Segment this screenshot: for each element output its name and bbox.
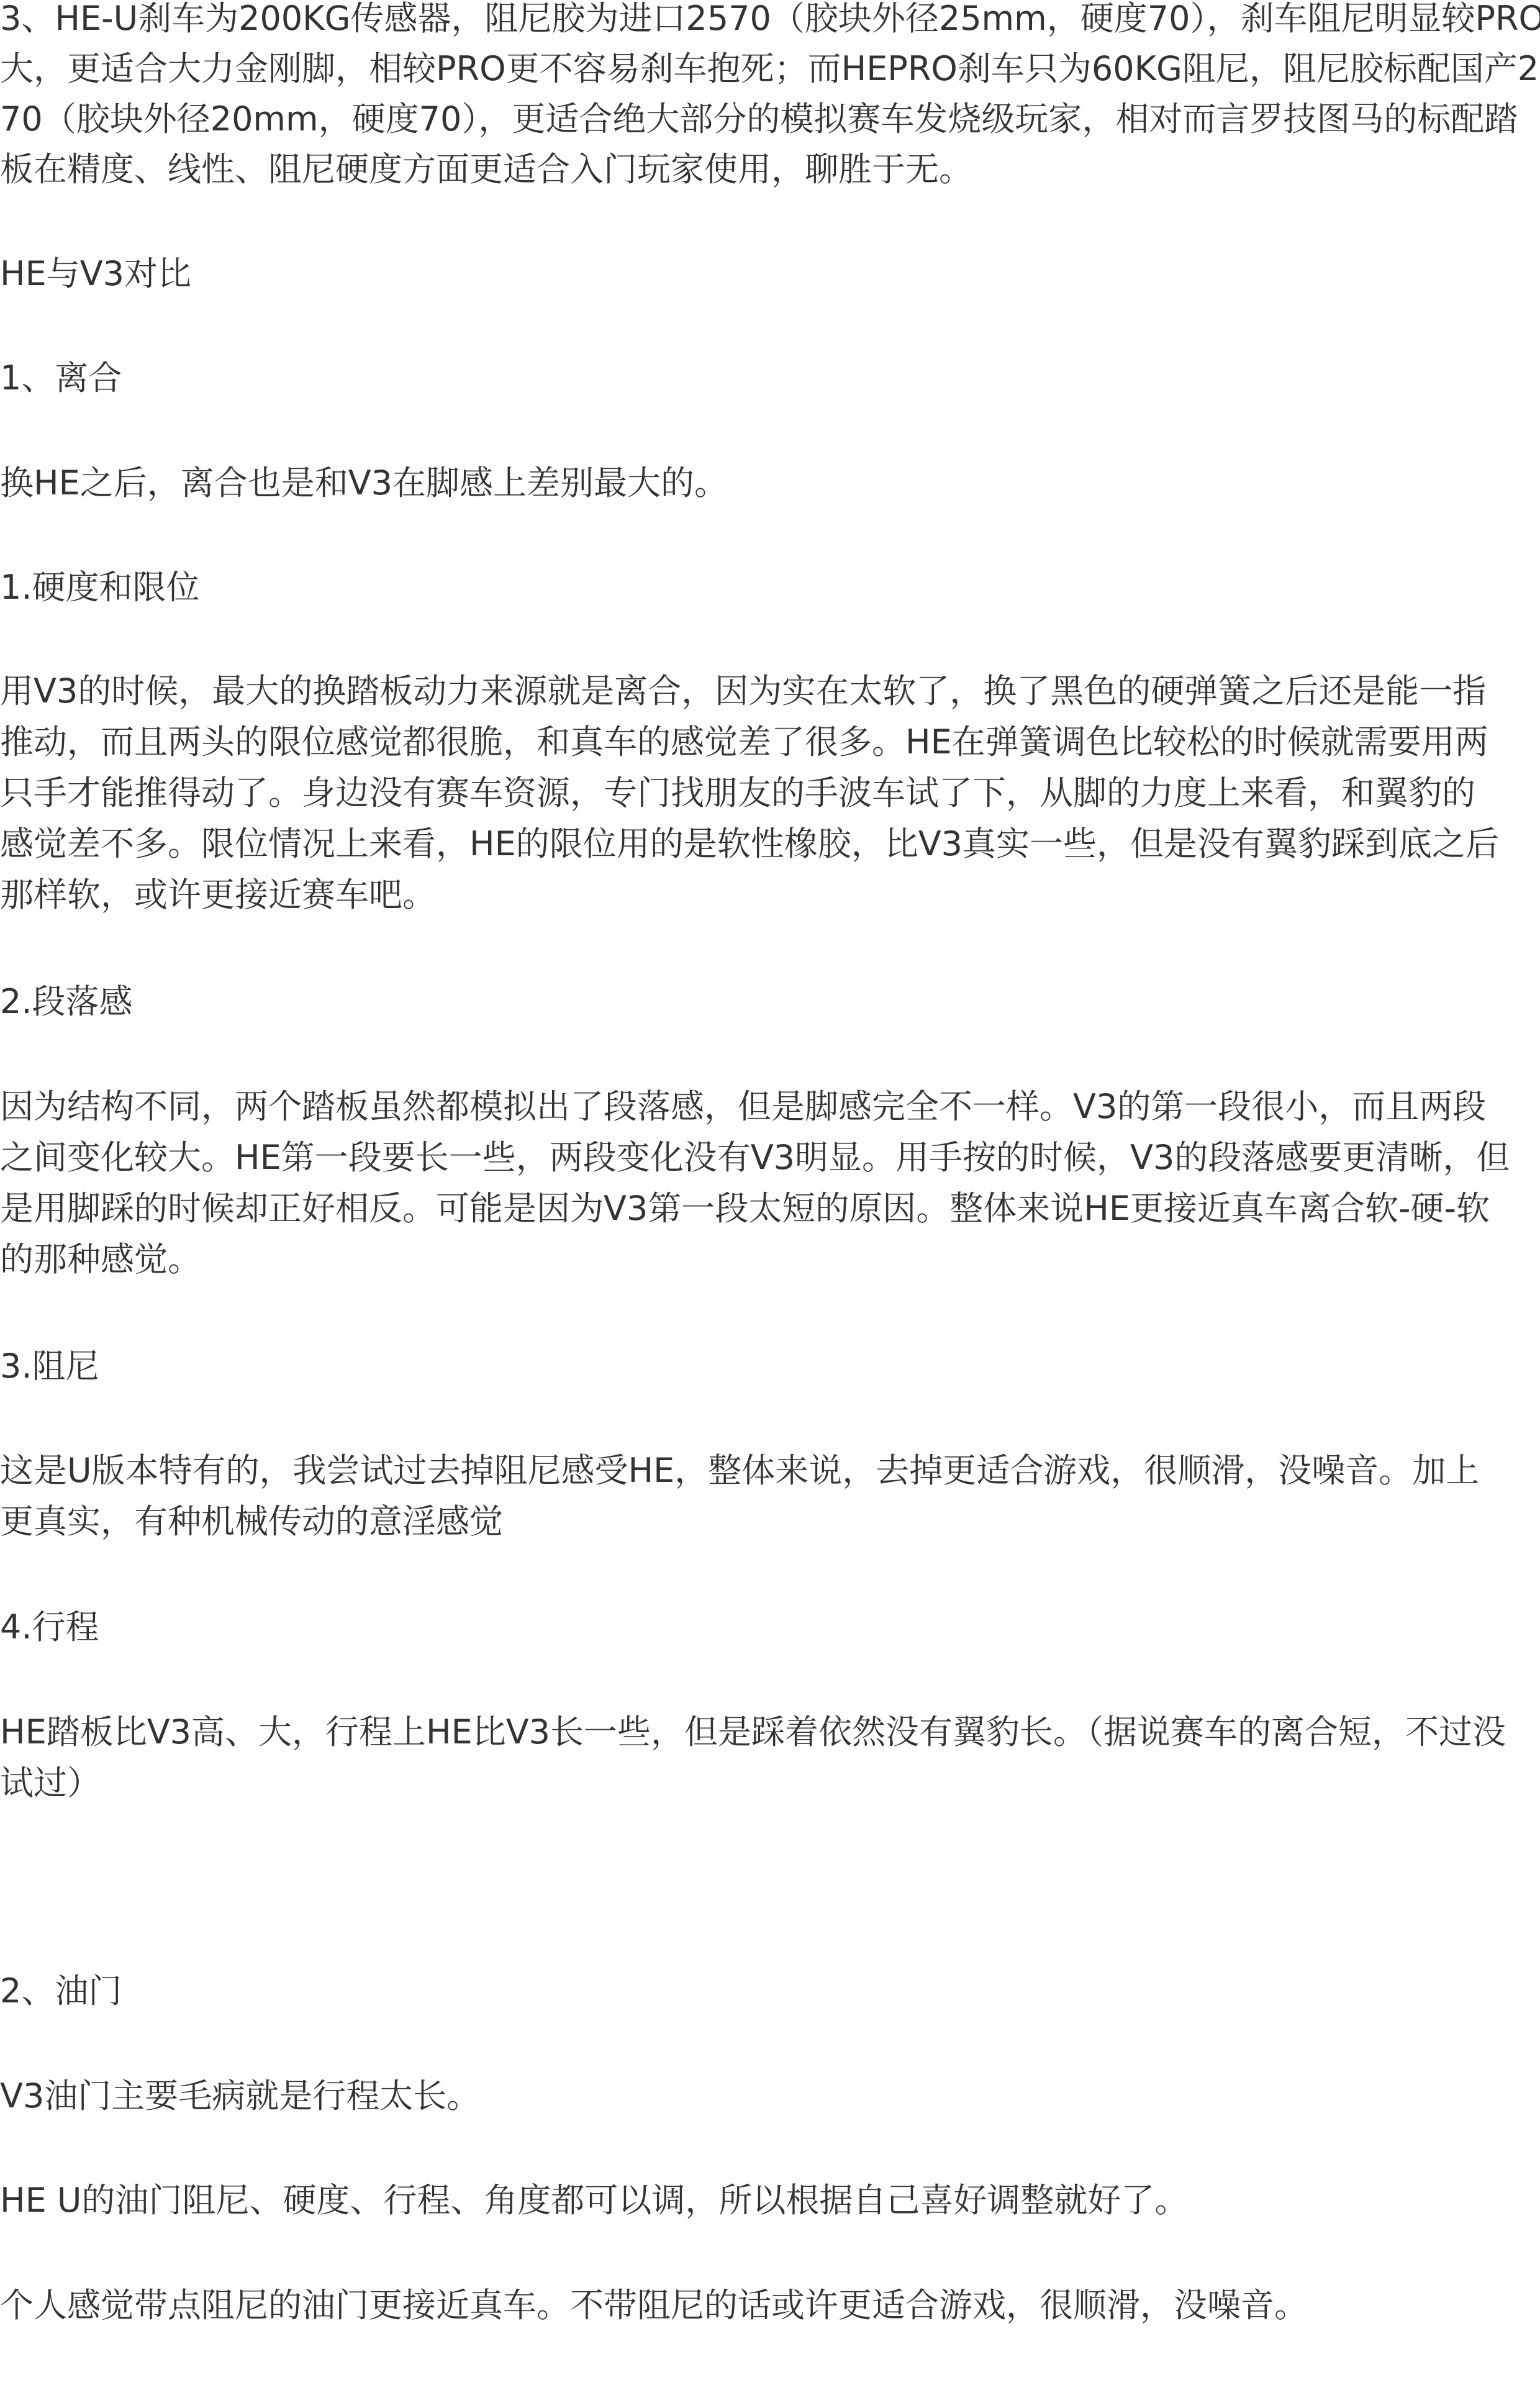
- hardness-line-3: 只手才能推得动了。身边没有赛车资源，专门找朋友的手波车试了下，从脚的力度上来看，…: [0, 768, 1540, 818]
- intro-line-3: 70（胶块外径20mm，硬度70），更适合绝大部分的模拟赛车发烧级玩家，相对而言…: [0, 94, 1540, 144]
- travel-line-1: HE踏板比V3高、大，行程上HE比V3长一些，但是踩着依然没有翼豹长。（据说赛车…: [0, 1707, 1540, 1757]
- travel-line-2: 试过）: [0, 1758, 1540, 1808]
- intro-line-1: 3、HE-U刹车为200KG传感器，阻尼胶为进口2570（胶块外径25mm，硬度…: [0, 0, 1540, 43]
- intro-line-4: 板在精度、线性、阻尼硬度方面更适合入门玩家使用，聊胜于无。: [0, 144, 1540, 194]
- clutch-heading: 1、离合: [0, 353, 1540, 403]
- intro-line-2: 大，更适合大力金刚脚，相较PRO更不容易刹车抱死；而HEPRO刹车只为60KG阻…: [0, 43, 1540, 94]
- damping-heading: 3.阻尼: [0, 1341, 1540, 1391]
- article-page: 3、HE-U刹车为200KG传感器，阻尼胶为进口2570（胶块外径25mm，硬度…: [0, 0, 1540, 2385]
- damping-line-1: 这是U版本特有的，我尝试过去掉阻尼感受HE，整体来说，去掉更适合游戏，很顺滑，没…: [0, 1445, 1540, 1496]
- hardness-line-5: 那样软，或许更接近赛车吧。: [0, 870, 1540, 920]
- stages-line-4: 的那种感觉。: [0, 1234, 1540, 1284]
- hardness-line-1: 用V3的时候，最大的换踏板动力来源就是离合，因为实在太软了，换了黑色的硬弹簧之后…: [0, 666, 1540, 716]
- hardness-heading: 1.硬度和限位: [0, 562, 1540, 612]
- throttle-heading: 2、油门: [0, 1966, 1540, 2016]
- hardness-line-4: 感觉差不多。限位情况上来看，HE的限位用的是软性橡胶，比V3真实一些，但是没有翼…: [0, 819, 1540, 869]
- stages-heading: 2.段落感: [0, 976, 1540, 1027]
- stages-line-2: 之间变化较大。HE第一段要长一些，两段变化没有V3明显。用手按的时候，V3的段落…: [0, 1132, 1540, 1183]
- throttle-paragraph-1: V3油门主要毛病就是行程太长。: [0, 2071, 1540, 2121]
- travel-heading: 4.行程: [0, 1602, 1540, 1652]
- stages-line-3: 是用脚踩的时候却正好相反。可能是因为V3第一段太短的原因。整体来说HE更接近真车…: [0, 1183, 1540, 1233]
- clutch-summary: 换HE之后，离合也是和V3在脚感上差别最大的。: [0, 458, 1540, 508]
- throttle-paragraph-2: HE U的油门阻尼、硬度、行程、角度都可以调，所以根据自己喜好调整就好了。: [0, 2175, 1540, 2225]
- damping-line-2: 更真实，有种机械传动的意淫感觉: [0, 1496, 1540, 1547]
- hardness-line-2: 推动，而且两头的限位感觉都很脆，和真车的感觉差了很多。HE在弹簧调色比较松的时候…: [0, 717, 1540, 767]
- stages-line-1: 因为结构不同，两个踏板虽然都模拟出了段落感，但是脚感完全不一样。V3的第一段很小…: [0, 1081, 1540, 1132]
- comparison-heading: HE与V3对比: [0, 248, 1540, 299]
- throttle-paragraph-3: 个人感觉带点阻尼的油门更接近真车。不带阻尼的话或许更适合游戏，很顺滑，没噪音。: [0, 2280, 1540, 2330]
